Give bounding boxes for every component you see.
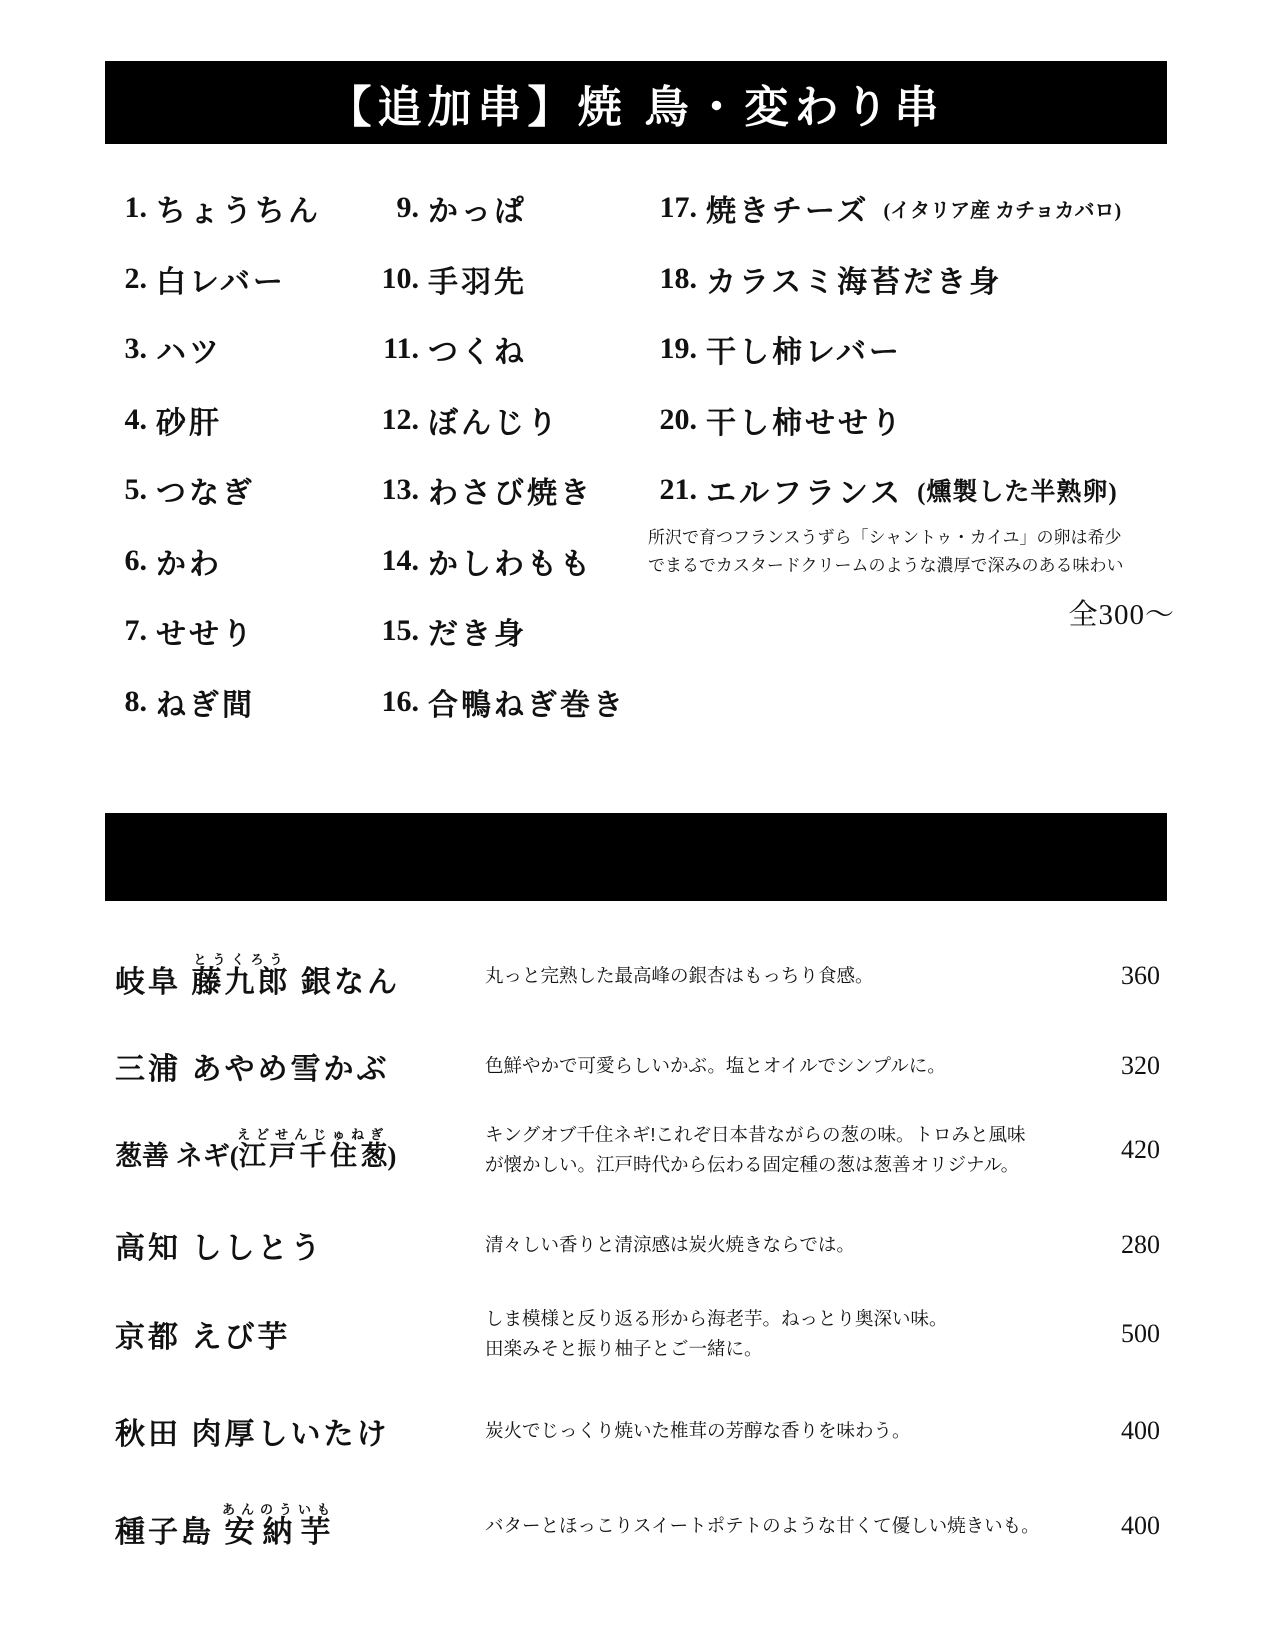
skewer-number: 18. — [645, 262, 697, 296]
skewer-item-2: 2.白レバー — [115, 244, 321, 315]
vegetable-price: 500 — [1070, 1319, 1160, 1349]
vegetable-name-prefix: 種子島 — [115, 1516, 225, 1549]
skewer-item-18: 18.カラスミ海苔だき身 — [645, 244, 1121, 315]
vegetable-name-base: 藤九郎 — [192, 966, 291, 999]
skewer-number: 13. — [363, 473, 419, 507]
description-line1: 丸っと完熟した最高峰の銀杏はもっちり食感。 — [485, 961, 1070, 991]
vegetable-description: 炭火でじっくり焼いた椎茸の芳醇な香りを味わう。 — [485, 1416, 1070, 1446]
vegetable-description: しま模様と反り返る形から海老芋。ねっとり奥深い味。 田楽みそと振り柚子とご一緒に… — [485, 1304, 1070, 1364]
skewer-number: 7. — [115, 614, 147, 648]
vegetable-description: 清々しい香りと清涼感は炭火焼きならでは。 — [485, 1230, 1070, 1260]
vegetable-name-ruby: 藤九郎とうくろう — [192, 966, 291, 999]
skewer-item-13: 13.わさび焼き — [363, 455, 626, 526]
section-banner-vegetables — [105, 813, 1167, 901]
vegetable-name: 葱善 ネギ(江戸千住葱えどせんじゅねぎ) — [115, 1127, 485, 1173]
description-line1: 清々しい香りと清涼感は炭火焼きならでは。 — [485, 1230, 1070, 1260]
skewer-number: 8. — [115, 685, 147, 719]
skewer-name: かしわもも — [428, 539, 593, 583]
section-title: 【追加串】焼 鳥・変わり串 — [328, 71, 945, 135]
skewer-item-1: 1.ちょうちん — [115, 173, 321, 244]
skewer-note: (燻製した半熟卵) — [917, 472, 1118, 508]
skewer-name: 白レバー — [156, 257, 286, 301]
vegetable-name-base: 安納芋 — [222, 1516, 336, 1549]
skewer-item-20: 20.干し柿せせり — [645, 385, 1121, 456]
skewer-number: 16. — [363, 685, 419, 719]
skewer-number: 19. — [645, 332, 697, 366]
furigana: えどせんじゅねぎ — [237, 1127, 389, 1142]
skewer-name: かわ — [156, 539, 222, 583]
item21-description-line2: でまるでカスタードクリームのような濃厚で深みのある味わい — [648, 552, 1124, 580]
skewer-name: かっぱ — [428, 186, 527, 230]
vegetable-name: 京都 えび芋 — [115, 1312, 485, 1356]
skewer-name: つなぎ — [156, 468, 255, 512]
item21-description: 所沢で育つフランスうずら「シャントゥ・カイユ」の卵は希少 でまるでカスタードクリ… — [648, 524, 1124, 580]
skewer-name: エルフランス — [706, 468, 903, 512]
skewer-name: ねぎ間 — [156, 680, 255, 724]
vegetable-name: 種子島 安納芋あんのういも — [115, 1502, 485, 1551]
description-line1: しま模様と反り返る形から海老芋。ねっとり奥深い味。 — [485, 1304, 1070, 1334]
vegetable-price: 280 — [1070, 1230, 1160, 1260]
vegetable-name: 岐阜 藤九郎とうくろう 銀なん — [115, 952, 485, 1001]
vegetable-name-suffix: ) — [387, 1141, 396, 1171]
vegetable-row-ginnan: 岐阜 藤九郎とうくろう 銀なん 丸っと完熟した最高峰の銀杏はもっちり食感。 36… — [115, 928, 1160, 1024]
skewer-item-4: 4.砂肝 — [115, 385, 321, 456]
skewer-name: ちょうちん — [156, 186, 321, 230]
skewer-item-7: 7.せせり — [115, 596, 321, 667]
skewer-number: 4. — [115, 403, 147, 437]
skewer-number: 20. — [645, 403, 697, 437]
vegetable-description: バターとほっこりスイートポテトのような甘くて優しい焼きいも。 — [485, 1511, 1070, 1541]
skewer-column-1: 1.ちょうちん 2.白レバー 3.ハツ 4.砂肝 5.つなぎ 6.かわ 7.せせ… — [115, 173, 321, 737]
description-line2: が懐かしい。江戸時代から伝わる固定種の葱は葱善オリジナル。 — [485, 1150, 1070, 1180]
skewer-number: 12. — [363, 403, 419, 437]
skewer-number: 6. — [115, 544, 147, 578]
skewer-number: 11. — [363, 332, 419, 366]
skewer-item-12: 12.ぼんじり — [363, 385, 626, 456]
vegetable-price: 320 — [1070, 1051, 1160, 1081]
skewer-number: 21. — [645, 473, 697, 507]
vegetable-description: 色鮮やかで可愛らしいかぶ。塩とオイルでシンプルに。 — [485, 1051, 1070, 1081]
skewer-number: 9. — [363, 191, 419, 225]
skewer-name: 砂肝 — [156, 398, 222, 442]
skewer-number: 3. — [115, 332, 147, 366]
vegetable-row-negi: 葱善 ネギ(江戸千住葱えどせんじゅねぎ) キングオブ千住ネギ!これぞ日本昔ながら… — [115, 1102, 1160, 1198]
skewer-name: つくね — [428, 327, 527, 371]
vegetable-name-base: 江戸千住葱 — [237, 1141, 389, 1171]
vegetable-name: 秋田 肉厚しいたけ — [115, 1409, 485, 1453]
vegetable-row-annouimo: 種子島 安納芋あんのういも バターとほっこりスイートポテトのような甘くて優しい焼… — [115, 1478, 1160, 1574]
skewer-name: ぼんじり — [428, 398, 560, 442]
vegetable-name: 三浦 あやめ雪かぶ — [115, 1044, 485, 1088]
vegetable-price: 400 — [1070, 1511, 1160, 1541]
skewer-name: カラスミ海苔だき身 — [706, 257, 1002, 301]
skewer-number: 1. — [115, 191, 147, 225]
skewer-item-3: 3.ハツ — [115, 314, 321, 385]
description-line1: 炭火でじっくり焼いた椎茸の芳醇な香りを味わう。 — [485, 1416, 1070, 1446]
skewer-number: 5. — [115, 473, 147, 507]
furigana: とうくろう — [192, 952, 291, 967]
vegetable-price: 400 — [1070, 1416, 1160, 1446]
vegetable-name-ruby: 安納芋あんのういも — [225, 1516, 337, 1549]
vegetable-name-prefix: 秋田 肉厚しいたけ — [115, 1418, 390, 1451]
vegetable-name-prefix: 京都 えび芋 — [115, 1321, 291, 1354]
skewer-name: ハツ — [156, 327, 222, 371]
vegetable-name-prefix: 高知 ししとう — [115, 1232, 324, 1265]
skewer-number: 15. — [363, 614, 419, 648]
furigana: あんのういも — [222, 1502, 336, 1517]
vegetable-row-ebiimo: 京都 えび芋 しま模様と反り返る形から海老芋。ねっとり奥深い味。 田楽みそと振り… — [115, 1286, 1160, 1382]
skewer-name: わさび焼き — [428, 468, 593, 512]
description-line1: バターとほっこりスイートポテトのような甘くて優しい焼きいも。 — [485, 1511, 1070, 1541]
skewer-name: 焼きチーズ — [706, 186, 870, 230]
skewer-number: 2. — [115, 262, 147, 296]
skewer-item-6: 6.かわ — [115, 526, 321, 597]
skewer-item-11: 11.つくね — [363, 314, 626, 385]
skewer-item-15: 15.だき身 — [363, 596, 626, 667]
price-note: 全300〜 — [1068, 592, 1175, 633]
vegetable-name-ruby: 江戸千住葱えどせんじゅねぎ — [239, 1141, 388, 1171]
menu-page: 【追加串】焼 鳥・変わり串 1.ちょうちん 2.白レバー 3.ハツ 4.砂肝 5… — [0, 0, 1275, 1650]
vegetable-name-prefix: 岐阜 — [115, 966, 192, 999]
skewer-note: (イタリア産 カチョカバロ) — [884, 194, 1122, 223]
skewer-item-8: 8.ねぎ間 — [115, 667, 321, 738]
skewer-item-17: 17.焼きチーズ(イタリア産 カチョカバロ) — [645, 173, 1121, 244]
vegetable-name-prefix: 三浦 あやめ雪かぶ — [115, 1053, 390, 1086]
vegetable-price: 360 — [1070, 961, 1160, 991]
skewer-column-2: 9.かっぱ 10.手羽先 11.つくね 12.ぼんじり 13.わさび焼き 14.… — [363, 173, 626, 737]
vegetable-name: 高知 ししとう — [115, 1223, 485, 1267]
skewer-name: 手羽先 — [428, 257, 527, 301]
skewer-item-5: 5.つなぎ — [115, 455, 321, 526]
skewer-number: 10. — [363, 262, 419, 296]
skewer-name: 合鴨ねぎ巻き — [428, 680, 626, 724]
skewer-item-14: 14.かしわもも — [363, 526, 626, 597]
skewer-number: 17. — [645, 191, 697, 225]
vegetable-description: 丸っと完熟した最高峰の銀杏はもっちり食感。 — [485, 961, 1070, 991]
vegetable-name-suffix: 銀なん — [291, 966, 401, 999]
section-banner-additional-skewers: 【追加串】焼 鳥・変わり串 — [105, 61, 1167, 144]
item21-description-line1: 所沢で育つフランスうずら「シャントゥ・カイユ」の卵は希少 — [648, 524, 1124, 552]
skewer-name: 干し柿レバー — [706, 327, 902, 371]
vegetable-name-prefix: 葱善 ネギ( — [115, 1141, 239, 1171]
vegetable-row-shishito: 高知 ししとう 清々しい香りと清涼感は炭火焼きならでは。 280 — [115, 1197, 1160, 1293]
skewer-item-21: 21.エルフランス(燻製した半熟卵) — [645, 455, 1121, 526]
vegetable-price: 420 — [1070, 1135, 1160, 1165]
skewer-item-9: 9.かっぱ — [363, 173, 626, 244]
skewer-name: せせり — [156, 609, 255, 653]
vegetable-row-shiitake: 秋田 肉厚しいたけ 炭火でじっくり焼いた椎茸の芳醇な香りを味わう。 400 — [115, 1383, 1160, 1479]
skewer-item-19: 19.干し柿レバー — [645, 314, 1121, 385]
vegetable-row-kabu: 三浦 あやめ雪かぶ 色鮮やかで可愛らしいかぶ。塩とオイルでシンプルに。 320 — [115, 1018, 1160, 1114]
vegetable-description: キングオブ千住ネギ!これぞ日本昔ながらの葱の味。トロみと風味 が懐かしい。江戸時… — [485, 1120, 1070, 1180]
skewer-number: 14. — [363, 544, 419, 578]
description-line1: キングオブ千住ネギ!これぞ日本昔ながらの葱の味。トロみと風味 — [485, 1120, 1070, 1150]
description-line1: 色鮮やかで可愛らしいかぶ。塩とオイルでシンプルに。 — [485, 1051, 1070, 1081]
skewer-name: 干し柿せせり — [706, 398, 904, 442]
description-line2: 田楽みそと振り柚子とご一緒に。 — [485, 1334, 1070, 1364]
skewer-item-16: 16.合鴨ねぎ巻き — [363, 667, 626, 738]
skewer-item-10: 10.手羽先 — [363, 244, 626, 315]
skewer-name: だき身 — [428, 609, 527, 653]
skewer-column-3: 17.焼きチーズ(イタリア産 カチョカバロ) 18.カラスミ海苔だき身 19.干… — [645, 173, 1121, 526]
